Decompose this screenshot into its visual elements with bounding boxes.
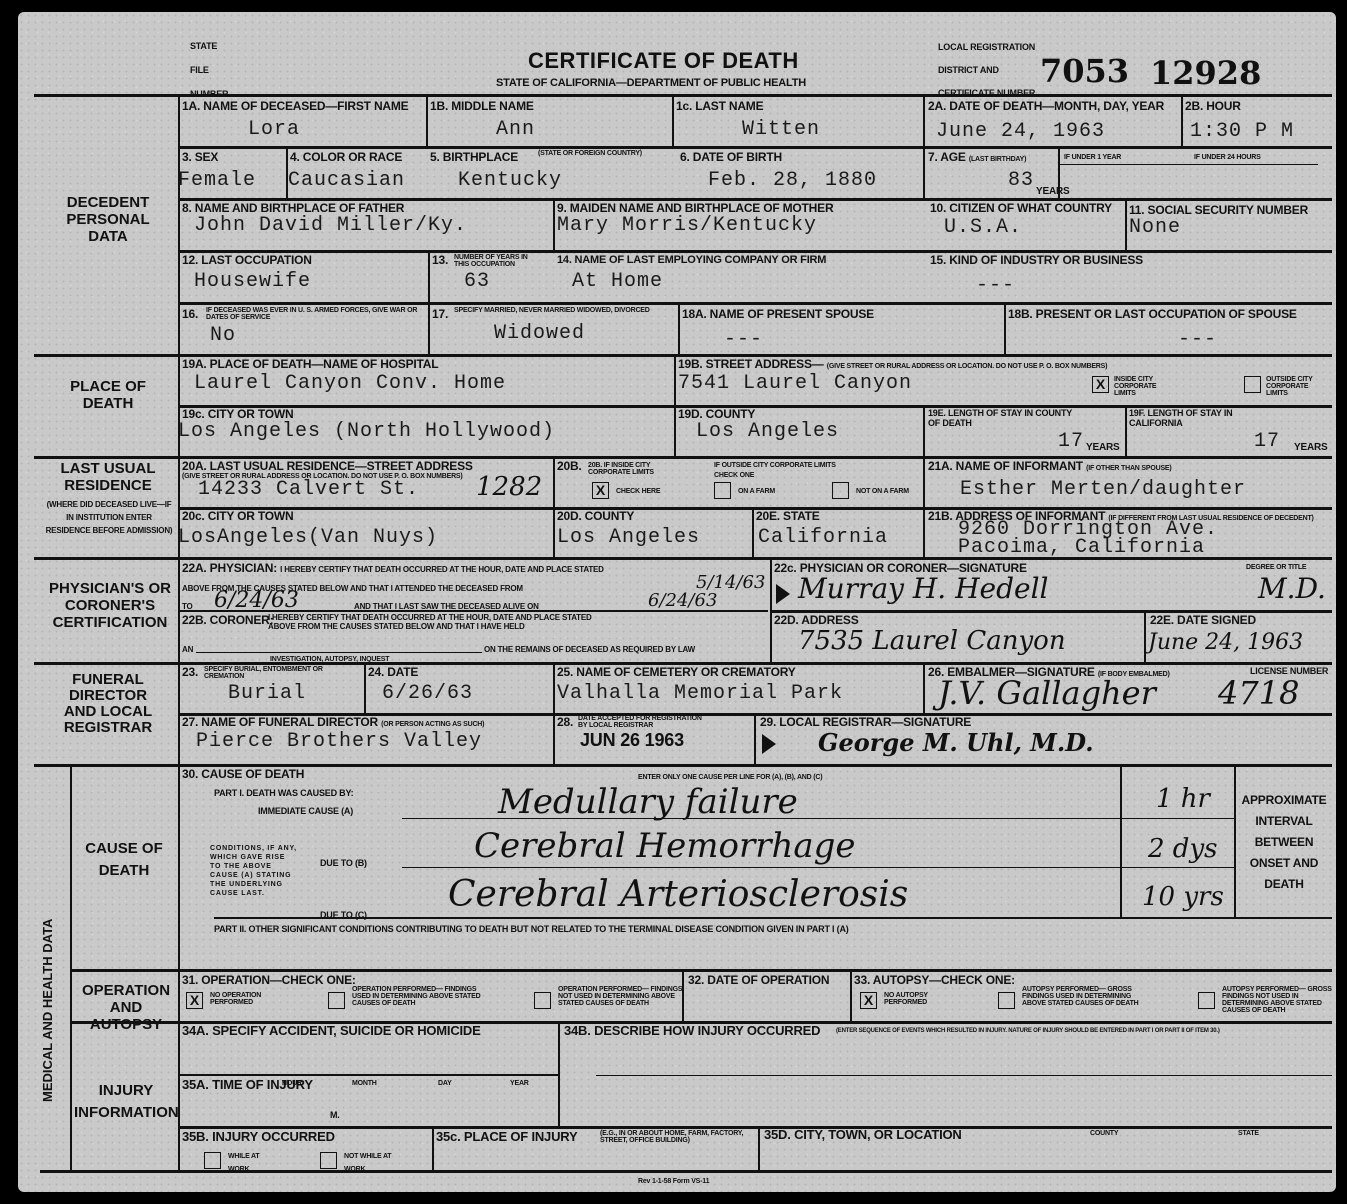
- check-here-label: CHECK HERE: [616, 488, 660, 495]
- degree-label: DEGREE OR TITLE: [1246, 564, 1306, 571]
- residence-city-value: LosAngeles(Van Nuys): [178, 526, 438, 549]
- section-decedent: DECEDENT PERSONAL DATA: [58, 194, 158, 245]
- label-35b: 35B. INJURY OCCURRED: [182, 1130, 335, 1143]
- label-6: 6. DATE OF BIRTH: [680, 151, 782, 164]
- label-20b: 20B.: [557, 460, 582, 473]
- document-title: CERTIFICATE OF DEATH: [528, 48, 799, 74]
- label-16: 16.: [182, 308, 198, 321]
- no-operation-label: NO OPERATION PERFORMED: [210, 992, 270, 1006]
- label-27: 27. NAME OF FUNERAL DIRECTOR (OR PERSON …: [182, 716, 484, 729]
- cemetery-value: Valhalla Memorial Park: [557, 682, 843, 705]
- not-while-at-work-checkbox[interactable]: [320, 1152, 337, 1169]
- month-label: MONTH: [352, 1080, 377, 1087]
- label-22b: 22B. CORONER:: [182, 614, 273, 627]
- label-19b: 19B. STREET ADDRESS— (GIVE STREET OR RUR…: [678, 358, 1107, 371]
- marital-status-value: Widowed: [494, 322, 585, 345]
- certificate-number: 12928: [1150, 54, 1261, 92]
- outside-city-residence-label: IF OUTSIDE CITY CORPORATE LIMITS: [714, 462, 836, 469]
- coroner-text3: ON THE REMAINS OF DECEASED AS REQUIRED B…: [484, 646, 695, 653]
- stay-california-value: 17: [1254, 430, 1280, 453]
- outside-city-label: OUTSIDE CITY CORPORATE LIMITS: [1266, 376, 1322, 397]
- operation-not-used-checkbox[interactable]: [534, 992, 551, 1009]
- label-5: 5. BIRTHPLACE: [430, 151, 518, 164]
- date-signed: June 24, 1963: [1148, 630, 1303, 655]
- year-label: YEAR: [510, 1080, 529, 1087]
- death-certificate: STATE FILE NUMBER CERTIFICATE OF DEATH S…: [18, 12, 1336, 1192]
- label-33: 33. AUTOPSY—CHECK ONE:: [854, 974, 1015, 987]
- registrar-signature: George M. Uhl, M.D.: [818, 728, 1094, 757]
- autopsy-not-used-checkbox[interactable]: [1198, 992, 1215, 1009]
- label-21a: 21A. NAME OF INFORMANT (IF OTHER THAN SP…: [928, 460, 1172, 473]
- while-at-work-checkbox[interactable]: [204, 1152, 221, 1169]
- hour-of-death-value: 1:30 P M: [1190, 120, 1294, 143]
- conditions-label: CONDITIONS, IF ANY, WHICH GAVE RISE TO T…: [210, 844, 298, 898]
- coroner-text1: I HEREBY CERTIFY THAT DEATH OCCURRED AT …: [268, 614, 592, 621]
- no-autopsy-label: NO AUTOPSY PERFORMED: [884, 992, 944, 1006]
- operation-not-used-label: OPERATION PERFORMED— FINDINGS NOT USED I…: [558, 986, 688, 1007]
- label-25: 25. NAME OF CEMETERY OR CREMATORY: [557, 666, 796, 679]
- on-farm-checkbox[interactable]: [714, 482, 731, 499]
- residence-note: (WHERE DID DECEASED LIVE—IF IN INSTITUTI…: [44, 498, 174, 537]
- label-7: 7. AGE (LAST BIRTHDAY): [928, 151, 1026, 164]
- embalmer-license: 4718: [1218, 674, 1299, 712]
- informant-value: Esther Merten/daughter: [960, 478, 1246, 501]
- cause-c-value: Cerebral Arteriosclerosis: [448, 874, 908, 915]
- residence-street-value: 14233 Calvert St.: [198, 478, 419, 501]
- label-2a: 2A. DATE OF DEATH—MONTH, DAY, YEAR: [928, 100, 1164, 113]
- label-24: 24. DATE: [368, 666, 418, 679]
- label-20a: 20A. LAST USUAL RESIDENCE—STREET ADDRESS: [182, 460, 473, 473]
- meridian-label: M.: [330, 1112, 340, 1119]
- residence-state-value: California: [758, 526, 888, 549]
- cause-a-value: Medullary failure: [498, 782, 798, 822]
- stay-county-value: 17: [1058, 430, 1084, 453]
- label-19f: 19F. LENGTH OF STAY IN CALIFORNIA: [1129, 408, 1279, 428]
- age-value: 83: [1008, 169, 1034, 192]
- label-17: 17.: [432, 308, 448, 321]
- under-1-year-label: IF UNDER 1 YEAR: [1064, 154, 1121, 161]
- outside-city-checkbox[interactable]: [1244, 376, 1261, 393]
- section-cause: CAUSE OF DEATH: [74, 838, 174, 882]
- label-13-sub: NUMBER OF YEARS IN THIS OCCUPATION: [454, 254, 534, 268]
- label-32: 32. DATE OF OPERATION: [688, 974, 829, 987]
- part2-label: PART II. OTHER SIGNIFICANT CONDITIONS CO…: [214, 924, 849, 934]
- under-24-hours-label: IF UNDER 24 HOURS: [1194, 154, 1261, 161]
- label-22a: 22A. PHYSICIAN: I HEREBY CERTIFY THAT DE…: [182, 562, 604, 575]
- inside-city-checkbox[interactable]: X: [1092, 376, 1109, 393]
- cause-b-value: Cerebral Hemorrhage: [474, 826, 856, 866]
- date-of-death-value: June 24, 1963: [936, 120, 1105, 143]
- employer-value: At Home: [572, 270, 663, 293]
- coroner-text2: ABOVE FROM THE CAUSES STATED BELOW AND T…: [268, 623, 525, 630]
- label-31: 31. OPERATION—CHECK ONE:: [182, 974, 356, 987]
- race-value: Caucasian: [288, 169, 405, 192]
- label-23: 23.: [182, 666, 198, 679]
- label-10: 10. CITIZEN OF WHAT COUNTRY: [930, 202, 1112, 215]
- label-1b: 1B. MIDDLE NAME: [430, 100, 534, 113]
- funeral-director-value: Pierce Brothers Valley: [196, 730, 482, 753]
- citizen-value: U.S.A.: [944, 216, 1022, 239]
- physician-text3: AND THAT I LAST SAW THE DECEASED ALIVE O…: [354, 603, 539, 610]
- not-on-farm-label: NOT ON A FARM: [856, 488, 909, 495]
- label-19a: 19A. PLACE OF DEATH—NAME OF HOSPITAL: [182, 358, 438, 371]
- father-value: John David Miller/Ky.: [194, 214, 467, 237]
- section-place-of-death: PLACE OF DEATH: [58, 378, 158, 412]
- label-23-sub: SPECIFY BURIAL, ENTOMBMENT OR CREMATION: [204, 666, 324, 680]
- registration-date-value: JUN 26 1963: [580, 734, 684, 747]
- label-12: 12. LAST OCCUPATION: [182, 254, 312, 267]
- physician-signature: Murray H. Hedell: [798, 572, 1049, 605]
- mother-value: Mary Morris/Kentucky: [557, 214, 817, 237]
- label-1a: 1A. NAME OF DECEASED—FIRST NAME: [182, 100, 408, 113]
- industry-value: ---: [976, 274, 1015, 297]
- spouse-occupation-value: ---: [1178, 328, 1217, 351]
- not-on-farm-checkbox[interactable]: [832, 482, 849, 499]
- on-farm-label: ON A FARM: [738, 488, 775, 495]
- interval-b-value: 2 dys: [1148, 834, 1217, 864]
- section-residence: LAST USUAL RESIDENCE: [48, 460, 168, 494]
- operation-used-label: OPERATION PERFORMED— FINDINGS USED IN DE…: [352, 986, 492, 1007]
- medical-health-data-label: MEDICAL AND HEALTH DATA: [40, 919, 55, 1102]
- death-city-value: Los Angeles (North Hollywood): [178, 420, 555, 443]
- county-label: COUNTY: [1090, 1130, 1118, 1137]
- interval-c-value: 10 yrs: [1142, 882, 1224, 912]
- section-funeral: FUNERAL DIRECTOR AND LOCAL REGISTRAR: [58, 672, 158, 736]
- label-18b: 18B. PRESENT OR LAST OCCUPATION OF SPOUS…: [1008, 308, 1297, 321]
- ssn-value: None: [1129, 216, 1181, 239]
- physician-degree: M.D.: [1258, 572, 1326, 605]
- first-name-value: Lora: [248, 118, 300, 141]
- label-35d: 35D. CITY, TOWN, OR LOCATION: [764, 1128, 962, 1141]
- signature-arrow-icon: [776, 584, 790, 604]
- label-17-sub: SPECIFY MARRIED, NEVER MARRIED WIDOWED, …: [454, 307, 654, 314]
- birthplace-value: Kentucky: [458, 169, 562, 192]
- last-seen-date: 6/24/63: [648, 590, 717, 611]
- section-physician: PHYSICIAN'S OR CORONER'S CERTIFICATION: [42, 580, 178, 631]
- age-unit: YEARS: [1036, 188, 1069, 195]
- armed-forces-value: No: [210, 324, 236, 347]
- last-name-value: Witten: [742, 118, 820, 141]
- autopsy-not-used-label: AUTOPSY PERFORMED— GROSS FINDINGS NOT US…: [1222, 986, 1332, 1014]
- cause-instruction: ENTER ONLY ONE CAUSE PER LINE FOR (A), (…: [638, 774, 822, 781]
- label-13: 13.: [432, 254, 448, 267]
- inside-city-label: INSIDE CITY CORPORATE LIMITS: [1114, 376, 1174, 397]
- registrar-arrow-icon: [762, 734, 776, 754]
- district-number: 7053: [1040, 52, 1129, 90]
- years-occupation-value: 63: [464, 270, 490, 293]
- label-34a: 34A. SPECIFY ACCIDENT, SUICIDE OR HOMICI…: [182, 1024, 481, 1037]
- hospital-value: Laurel Canyon Conv. Home: [194, 372, 506, 395]
- operation-used-checkbox[interactable]: [328, 992, 345, 1009]
- label-2b: 2B. HOUR: [1185, 100, 1241, 113]
- stay-california-unit: YEARS: [1294, 444, 1327, 451]
- label-34b: 34B. DESCRIBE HOW INJURY OCCURRED: [564, 1024, 820, 1037]
- label-28: 28.: [557, 716, 573, 729]
- document-subtitle: STATE OF CALIFORNIA—DEPARTMENT OF PUBLIC…: [496, 78, 806, 88]
- spouse-name-value: ---: [724, 328, 763, 351]
- label-5-sub: (STATE OR FOREIGN COUNTRY): [538, 150, 648, 157]
- label-3: 3. SEX: [182, 151, 218, 164]
- middle-name-value: Ann: [496, 118, 535, 141]
- state-label: STATE: [1238, 1130, 1259, 1137]
- label-16-sub: IF DECEASED WAS EVER IN U. S. ARMED FORC…: [206, 307, 436, 321]
- label-20d: 20D. COUNTY: [557, 510, 634, 523]
- residence-annotation: 1282: [476, 472, 542, 502]
- label-28-sub: DATE ACCEPTED FOR REGISTRATION BY LOCAL …: [578, 715, 708, 729]
- interval-a-value: 1 hr: [1156, 784, 1210, 814]
- death-county-value: Los Angeles: [696, 420, 839, 443]
- label-22e: 22E. DATE SIGNED: [1150, 614, 1256, 627]
- label-20c: 20c. CITY OR TOWN: [182, 510, 294, 523]
- label-15: 15. KIND OF INDUSTRY OR BUSINESS: [930, 254, 1143, 267]
- autopsy-used-label: AUTOPSY PERFORMED— GROSS FINDINGS USED I…: [1022, 986, 1152, 1007]
- death-street-value: 7541 Laurel Canyon: [678, 372, 912, 395]
- to-label: TO: [182, 603, 193, 610]
- label-20b-inside: 20B. IF INSIDE CITY CORPORATE LIMITS: [588, 462, 688, 476]
- embalmer-signature: J.V. Gallagher: [938, 674, 1156, 712]
- part1-label: PART I. DEATH WAS CAUSED BY:: [214, 788, 353, 798]
- hour-label: HOUR: [282, 1080, 302, 1087]
- label-34b-sub: (ENTER SEQUENCE OF EVENTS WHICH RESULTED…: [836, 1028, 1220, 1035]
- label-30: 30. CAUSE OF DEATH: [182, 768, 304, 781]
- no-operation-checkbox[interactable]: X: [186, 992, 203, 1009]
- section-operation: OPERATION AND AUTOPSY: [74, 982, 178, 1033]
- inside-city-residence-checkbox[interactable]: X: [592, 482, 609, 499]
- label-35c: 35c. PLACE OF INJURY: [436, 1130, 577, 1143]
- coroner-an: AN: [182, 646, 193, 653]
- interval-label: APPROXIMATE INTERVAL BETWEEN ONSET AND D…: [1236, 790, 1332, 895]
- autopsy-used-checkbox[interactable]: [998, 992, 1015, 1009]
- due-to-b-label: DUE TO (B): [320, 858, 367, 868]
- label-1c: 1c. LAST NAME: [676, 100, 763, 113]
- physician-address: 7535 Laurel Canyon: [798, 626, 1066, 656]
- label-18a: 18A. NAME OF PRESENT SPOUSE: [682, 308, 874, 321]
- day-label: DAY: [438, 1080, 452, 1087]
- date-of-birth-value: Feb. 28, 1880: [708, 169, 877, 192]
- label-14: 14. NAME OF LAST EMPLOYING COMPANY OR FI…: [557, 254, 826, 267]
- occupation-value: Housewife: [194, 270, 311, 293]
- label-20e: 20E. STATE: [756, 510, 820, 523]
- label-4: 4. COLOR OR RACE: [290, 151, 402, 164]
- informant-address-line2: Pacoima, California: [958, 536, 1205, 559]
- stay-county-unit: YEARS: [1086, 444, 1119, 451]
- check-one-label: CHECK ONE: [714, 472, 754, 479]
- immediate-cause-label: IMMEDIATE CAUSE (A): [258, 806, 353, 816]
- no-autopsy-checkbox[interactable]: X: [860, 992, 877, 1009]
- form-revision: Rev 1-1-58 Form VS-11: [638, 1178, 709, 1185]
- disposition-value: Burial: [228, 682, 306, 705]
- label-19e: 19E. LENGTH OF STAY IN COUNTY OF DEATH: [928, 408, 1078, 428]
- residence-county-value: Los Angeles: [557, 526, 700, 549]
- sex-value: Female: [178, 169, 256, 192]
- disposition-date-value: 6/26/63: [382, 682, 473, 705]
- label-35c-sub: (E.G., IN OR ABOUT HOME, FARM, FACTORY, …: [600, 1130, 770, 1144]
- section-injury: INJURY INFORMATION: [74, 1080, 178, 1124]
